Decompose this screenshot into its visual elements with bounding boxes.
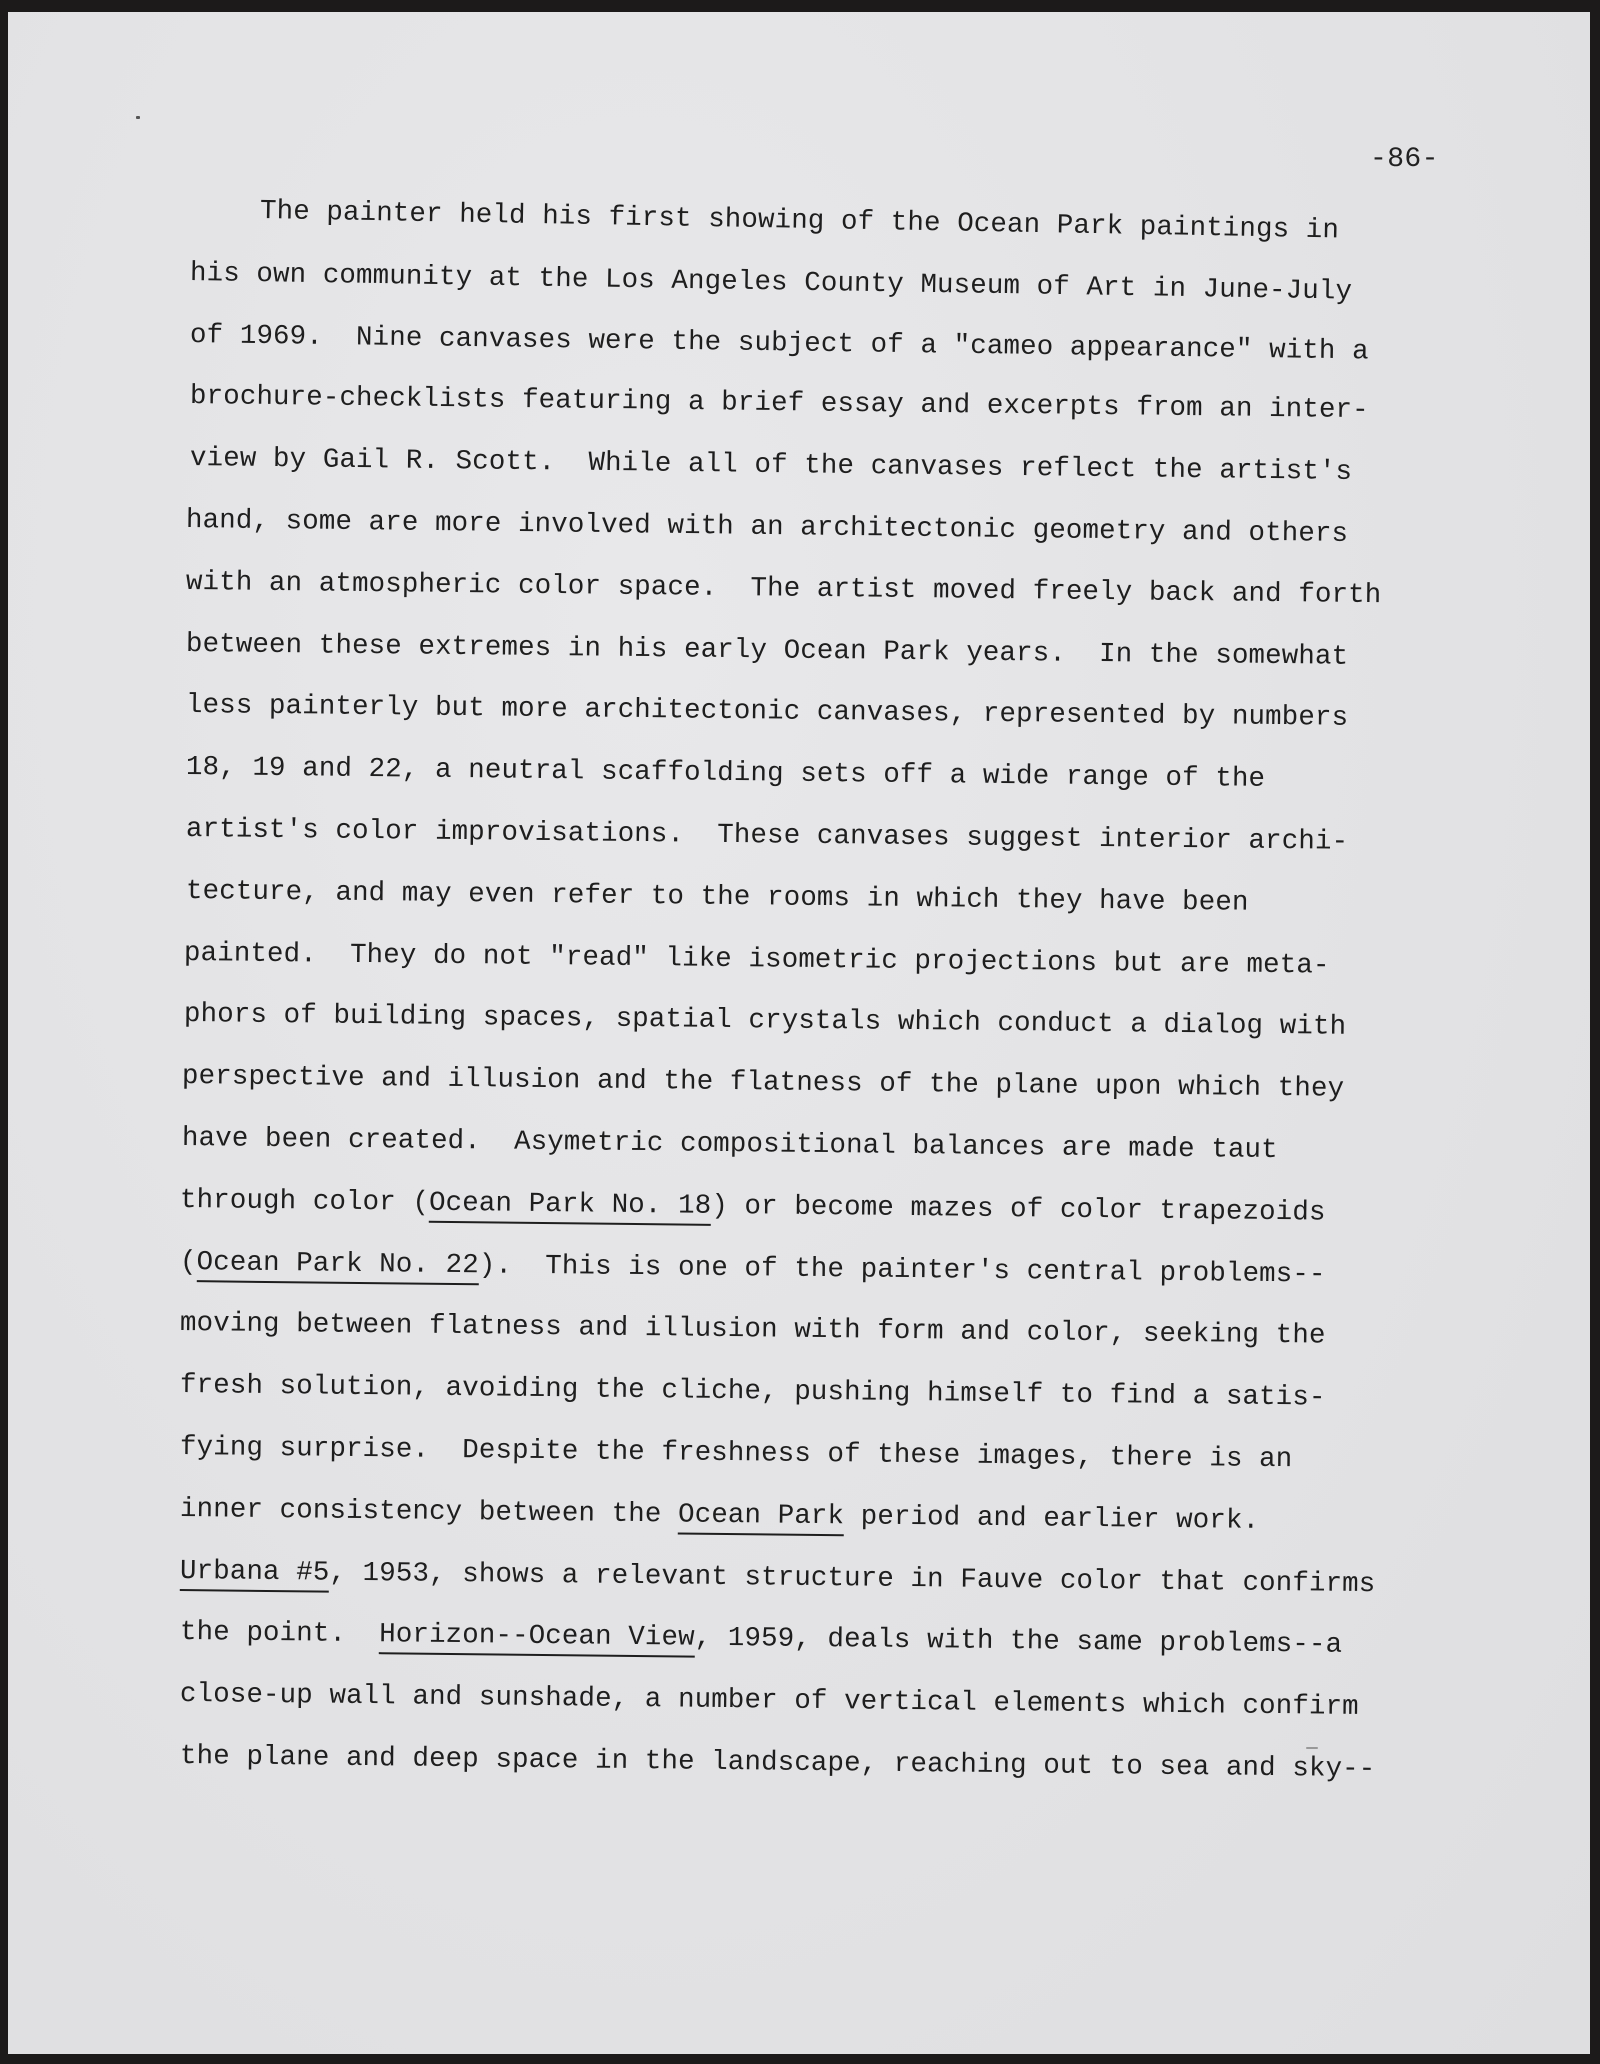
- text-line: The painter held his first showing of th…: [260, 196, 1340, 246]
- underlined-title: Ocean Park: [678, 1499, 844, 1536]
- text-line: between these extremes in his early Ocea…: [186, 629, 1348, 673]
- text-segment: (: [180, 1247, 197, 1278]
- text-segment: The painter held his first showing of th…: [260, 196, 1340, 246]
- text-line: through color (Ocean Park No. 18) or bec…: [180, 1185, 1326, 1229]
- text-segment: fying surprise. Despite the freshness of…: [180, 1432, 1293, 1475]
- text-segment: hand, some are more involved with an arc…: [186, 505, 1348, 550]
- scan-speck: [136, 116, 140, 119]
- underlined-title: Ocean Park No. 22: [196, 1247, 479, 1285]
- text-segment: , 1959, deals with the same problems--a: [694, 1623, 1342, 1661]
- text-segment: his own community at the Los Angeles Cou…: [190, 258, 1353, 308]
- text-segment: fresh solution, avoiding the cliche, pus…: [180, 1370, 1326, 1414]
- text-line: less painterly but more architectonic ca…: [186, 690, 1348, 734]
- text-line: the plane and deep space in the landscap…: [180, 1741, 1376, 1785]
- document-page: -86- The painter held his first showing …: [8, 12, 1590, 2054]
- text-line: phors of building spaces, spatial crysta…: [184, 999, 1346, 1043]
- text-segment: close-up wall and sunshade, a number of …: [180, 1679, 1359, 1723]
- text-segment: moving between flatness and illusion wit…: [180, 1308, 1326, 1352]
- body-paragraph: The painter held his first showing of th…: [8, 12, 1590, 2054]
- text-line: of 1969. Nine canvases were the subject …: [190, 320, 1369, 367]
- text-line: (Ocean Park No. 22). This is one of the …: [180, 1247, 1326, 1291]
- text-line: artist's color improvisations. These can…: [186, 814, 1348, 858]
- text-line: have been created. Asymetric composition…: [182, 1123, 1278, 1166]
- text-segment: between these extremes in his early Ocea…: [186, 629, 1348, 673]
- text-segment: perspective and illusion and the flatnes…: [182, 1061, 1344, 1105]
- text-line: painted. They do not "read" like isometr…: [184, 938, 1330, 982]
- underlined-title: Ocean Park No. 18: [429, 1188, 712, 1226]
- text-segment: brochure-checklists featuring a brief es…: [190, 381, 1369, 426]
- text-line: moving between flatness and illusion wit…: [180, 1308, 1326, 1352]
- text-segment: with an atmospheric color space. The art…: [186, 567, 1382, 611]
- text-line: with an atmospheric color space. The art…: [186, 567, 1382, 611]
- text-segment: the point.: [180, 1617, 380, 1650]
- text-segment: ) or become mazes of color trapezoids: [711, 1191, 1326, 1229]
- text-line: 18, 19 and 22, a neutral scaffolding set…: [186, 752, 1265, 795]
- text-line: fying surprise. Despite the freshness of…: [180, 1432, 1293, 1475]
- text-line: the point. Horizon--Ocean View, 1959, de…: [180, 1617, 1342, 1661]
- text-line: close-up wall and sunshade, a number of …: [180, 1679, 1359, 1723]
- scan-speck: [1306, 1747, 1318, 1749]
- text-segment: 18, 19 and 22, a neutral scaffolding set…: [186, 752, 1265, 795]
- text-segment: less painterly but more architectonic ca…: [186, 690, 1348, 734]
- text-segment: period and earlier work.: [844, 1501, 1259, 1537]
- text-segment: tecture, and may even refer to the rooms…: [186, 876, 1249, 919]
- text-line: hand, some are more involved with an arc…: [186, 505, 1348, 550]
- text-segment: inner consistency between the: [180, 1494, 678, 1530]
- text-line: inner consistency between the Ocean Park…: [180, 1494, 1259, 1537]
- text-segment: view by Gail R. Scott. While all of the …: [190, 443, 1352, 488]
- underlined-title: Urbana #5: [180, 1556, 330, 1593]
- text-segment: ). This is one of the painter's central …: [479, 1250, 1326, 1290]
- text-segment: artist's color improvisations. These can…: [186, 814, 1348, 858]
- text-segment: of 1969. Nine canvases were the subject …: [190, 320, 1369, 367]
- text-segment: have been created. Asymetric composition…: [182, 1123, 1278, 1166]
- text-segment: the plane and deep space in the landscap…: [180, 1741, 1376, 1785]
- text-segment: painted. They do not "read" like isometr…: [184, 938, 1330, 982]
- text-line: perspective and illusion and the flatnes…: [182, 1061, 1344, 1105]
- text-line: his own community at the Los Angeles Cou…: [190, 258, 1353, 308]
- text-segment: through color (: [180, 1185, 429, 1219]
- text-line: fresh solution, avoiding the cliche, pus…: [180, 1370, 1326, 1414]
- text-line: tecture, and may even refer to the rooms…: [186, 876, 1249, 919]
- text-line: view by Gail R. Scott. While all of the …: [190, 443, 1352, 488]
- text-segment: phors of building spaces, spatial crysta…: [184, 999, 1346, 1043]
- text-line: Urbana #5, 1953, shows a relevant struct…: [180, 1556, 1376, 1600]
- text-line: brochure-checklists featuring a brief es…: [190, 381, 1369, 426]
- underlined-title: Horizon--Ocean View: [379, 1620, 695, 1658]
- text-segment: , 1953, shows a relevant structure in Fa…: [329, 1557, 1375, 1599]
